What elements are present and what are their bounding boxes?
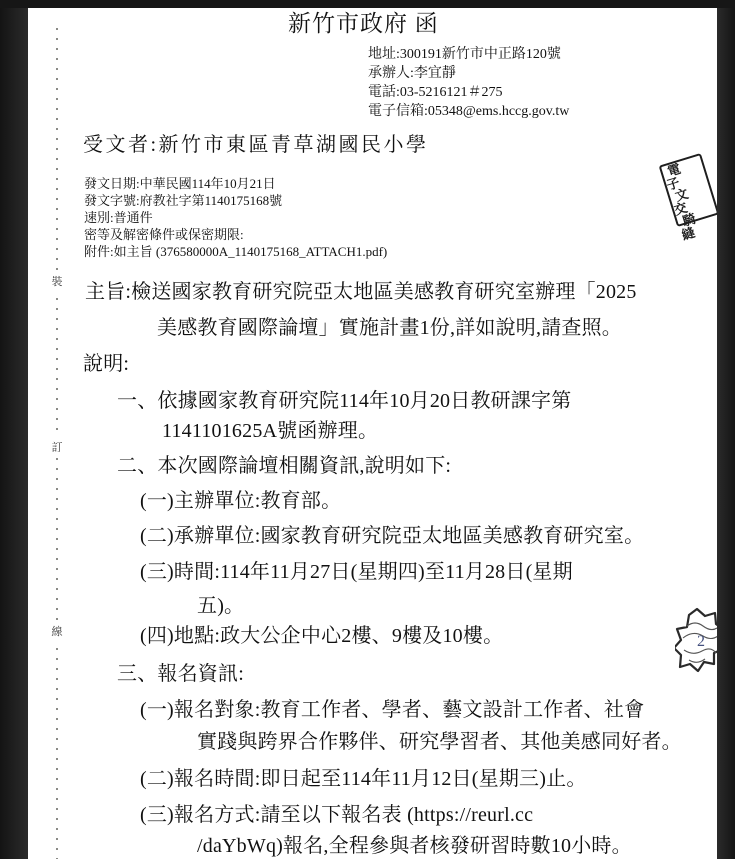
item-3-2: (二)報名時間:即日起至114年11月12日(星期三)止。: [140, 768, 587, 790]
recipient-line: 受文者:新竹市東區青草湖國民小學: [83, 134, 429, 156]
item-3-1-line-2: 實踐與跨界合作夥伴、研究學習者、其他美感同好者。: [197, 731, 682, 753]
document-page: 裝 訂 線 新竹市政府 函 地址:300191新竹市中正路120號 承辦人:李宜…: [0, 0, 735, 859]
item-2: 二、本次國際論壇相關資訊,說明如下:: [117, 455, 451, 477]
meta-line-speed: 速別:普通件: [84, 211, 153, 225]
item-1-line-2: 1141101625A號函辦理。: [162, 420, 378, 442]
binding-mark-ding: 訂: [49, 437, 65, 457]
viewer-frame-top: [0, 0, 735, 8]
item-2-1: (一)主辦單位:教育部。: [140, 490, 341, 512]
item-3: 三、報名資訊:: [117, 663, 244, 685]
item-2-3-line-1: (三)時間:114年11月27日(星期四)至11月28日(星期: [140, 561, 573, 583]
subject-line-1: 主旨:檢送國家教育研究院亞太地區美感教育研究室辦理「2025: [85, 281, 637, 303]
viewer-frame-left: [0, 0, 28, 859]
viewer-frame-right: [717, 0, 735, 859]
subject-line-2: 美感教育國際論壇」實施計畫1份,詳如說明,請查照。: [157, 317, 622, 339]
sender-phone: 電話:03-5216121＃275: [368, 85, 503, 100]
meta-line-doc-number: 發文字號:府教社字第1140175168號: [84, 194, 282, 208]
sender-address: 地址:300191新竹市中正路120號: [368, 47, 561, 62]
explanation-label: 說明:: [83, 353, 129, 375]
binding-mark-zhuang: 裝: [49, 271, 65, 291]
item-3-3-line-2: /daYbWq)報名,全程參與者核發研習時數10小時。: [197, 835, 632, 857]
meta-line-security: 密等及解密條件或保密期限:: [84, 228, 244, 242]
item-2-4: (四)地點:政大公企中心2樓、9樓及10樓。: [140, 625, 503, 647]
binding-mark-xian: 線: [49, 621, 65, 641]
seal-page-number: 2: [697, 633, 705, 650]
meta-line-attachment: 附件:如主旨 (376580000A_1140175168_ATTACH1.pd…: [84, 245, 387, 259]
item-3-1-line-1: (一)報名對象:教育工作者、學者、藝文設計工作者、社會: [140, 699, 644, 721]
document-title: 新竹市政府 函: [288, 11, 439, 36]
sender-email: 電子信箱:05348@ems.hccg.gov.tw: [368, 104, 569, 119]
item-2-3-line-2: 五)。: [197, 595, 244, 617]
meta-line-date: 發文日期:中華民國114年10月21日: [84, 177, 276, 191]
item-3-3-line-1: (三)報名方式:請至以下報名表 (https://reurl.cc: [140, 804, 533, 826]
item-1-line-1: 一、依據國家教育研究院114年10月20日教研課字第: [117, 390, 571, 412]
item-2-2: (二)承辦單位:國家教育研究院亞太地區美感教育研究室。: [140, 525, 644, 547]
sender-contact-person: 承辦人:李宜靜: [368, 66, 456, 81]
electronic-exchange-seal-stamp: 電子 文交 騎縫: [659, 153, 720, 227]
